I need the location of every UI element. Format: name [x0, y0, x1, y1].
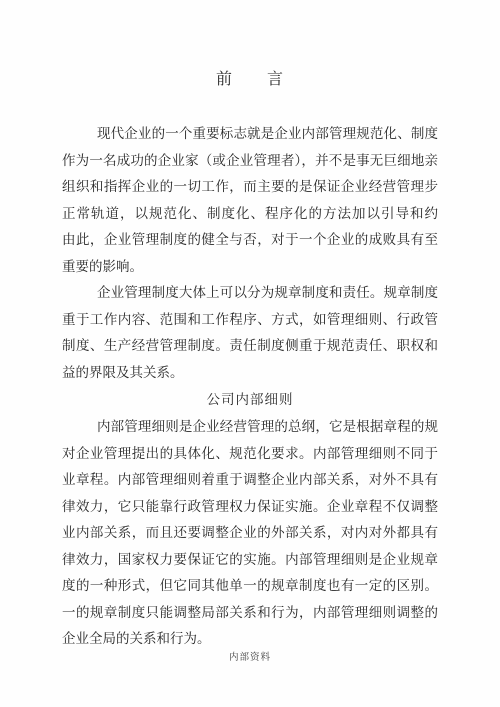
document-page: 前 言 现代企业的一个重要标志就是企业内部管理规范化、制度化。 作为一名成功的企… — [0, 0, 500, 707]
paragraph: 现代企业的一个重要标志就是企业内部管理规范化、制度化。 作为一名成功的企业家（或… — [62, 121, 438, 280]
text-line: 律效力，它只能靠行政管理权力保证实施。企业章程不仅调整企 — [62, 494, 438, 521]
text-line: 组织和指挥企业的一切工作，而主要的是保证企业经营管理步入 — [62, 174, 438, 201]
text-line: 作为一名成功的企业家（或企业管理者），并不是事无巨细地亲自 — [62, 148, 438, 175]
text-line: 对企业管理提出的具体化、规范化要求。内部管理细则不同于企 — [62, 441, 438, 468]
text-line: 重要的影响。 — [62, 254, 438, 281]
text-line: 律效力，国家权力要保证它的实施。内部管理细则是企业规章制 — [62, 547, 438, 574]
page-title: 前 言 — [0, 68, 500, 92]
text-line: 内部管理细则是企业经营管理的总纲，它是根据章程的规定 — [62, 414, 438, 441]
text-line: 重于工作内容、范围和工作程序、方式，如管理细则、行政管理 — [62, 307, 438, 334]
section-heading: 公司内部细则 — [62, 386, 438, 414]
text-line: 一的规章制度只能调整局部关系和行为，内部管理细则调整的是 — [62, 600, 438, 627]
text-line: 企业管理制度大体上可以分为规章制度和责任。规章制度侧 — [62, 280, 438, 307]
text-line: 制度、生产经营管理制度。责任制度侧重于规范责任、职权和利 — [62, 333, 438, 360]
text-line: 益的界限及其关系。 — [62, 360, 438, 387]
text-line: 由此，企业管理制度的健全与否，对于一个企业的成败具有至关 — [62, 227, 438, 254]
footer-label: 内部资料 — [0, 651, 500, 665]
text-line: 业章程。内部管理细则着重于调整企业内部关系，对外不具有法 — [62, 467, 438, 494]
text-line: 企业全局的关系和行为。 — [62, 626, 438, 653]
paragraph: 企业管理制度大体上可以分为规章制度和责任。规章制度侧 重于工作内容、范围和工作程… — [62, 280, 438, 386]
document-body: 现代企业的一个重要标志就是企业内部管理规范化、制度化。 作为一名成功的企业家（或… — [62, 121, 438, 653]
text-line: 正常轨道，以规范化、制度化、程序化的方法加以引导和约束。 — [62, 201, 438, 228]
text-line: 度的一种形式，但它同其他单一的规章制度也有一定的区别。单 — [62, 573, 438, 600]
paragraph: 内部管理细则是企业经营管理的总纲，它是根据章程的规定 对企业管理提出的具体化、规… — [62, 414, 438, 653]
text-line: 业内部关系，而且还要调整企业的外部关系，对内对外都具有法 — [62, 520, 438, 547]
text-line: 现代企业的一个重要标志就是企业内部管理规范化、制度化。 — [62, 121, 438, 148]
